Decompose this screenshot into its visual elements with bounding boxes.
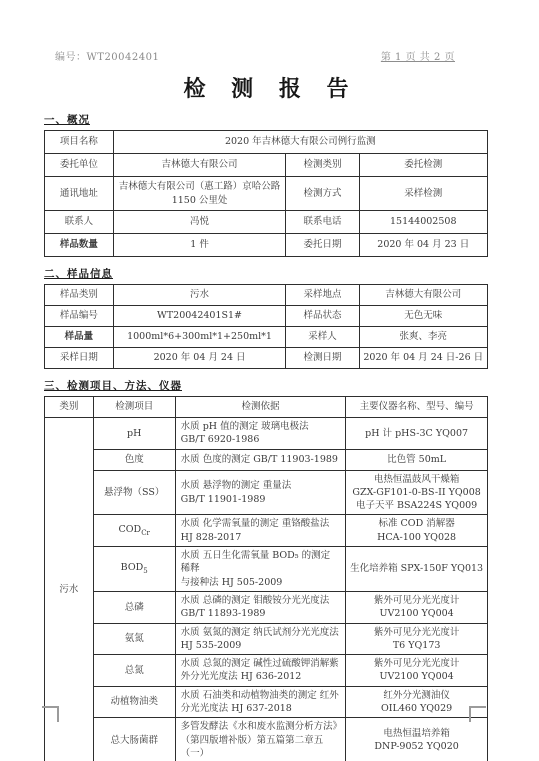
sample-value-state: 无色无味 xyxy=(359,306,487,327)
overview-label-commission-date: 委托日期 xyxy=(286,234,359,257)
report-content: 编号：WT20042401 第 1 页 共 2 页 检 测 报 告 一、概况 项… xyxy=(0,0,539,761)
instrument-chroma: 比色管 50mL xyxy=(346,449,488,470)
overview-label-test-method: 检测方式 xyxy=(286,177,359,211)
instrument-total-nitrogen: 紫外可见分光光度计 UV2100 YQ004 xyxy=(346,655,488,687)
section-heading-overview: 一、概况 xyxy=(44,112,488,127)
instrument-ss: 电热恒温鼓风干燥箱 GZX-GF101-0-BS-II YQ008 电子天平 B… xyxy=(346,470,488,515)
table-row: CODCr 水质 化学需氧量的测定 重铬酸盐法 HJ 828-2017 标准 C… xyxy=(45,515,488,547)
sample-label-id: 样品编号 xyxy=(45,306,114,327)
section-heading-sample-info: 二、样品信息 xyxy=(44,266,488,281)
page-indicator: 第 1 页 共 2 页 xyxy=(381,48,455,63)
table-row: 总大肠菌群 多管发酵法《水和废水监测分析方法》 （第四版增补版）第五篇第二章五（… xyxy=(45,718,488,761)
sample-label-test-date: 检测日期 xyxy=(286,348,359,369)
sample-label-volume: 样品量 xyxy=(45,327,114,348)
item-ss: 悬浮物（SS） xyxy=(93,470,175,515)
table-row: 样品类别 污水 采样地点 吉林德大有限公司 xyxy=(45,285,488,306)
table-row: 悬浮物（SS） 水质 悬浮物的测定 重量法 GB/T 11901-1989 电热… xyxy=(45,470,488,515)
table-row: 氨氮 水质 氨氮的测定 纳氏试剂分光光度法 HJ 535-2009 紫外可见分光… xyxy=(45,623,488,655)
overview-label-phone: 联系电话 xyxy=(286,211,359,234)
sample-value-sampler: 张爽、李亮 xyxy=(359,327,487,348)
table-row: 采样日期 2020 年 04 月 24 日 检测日期 2020 年 04 月 2… xyxy=(45,348,488,369)
item-bod: BOD5 xyxy=(93,547,175,592)
report-title: 检 测 报 告 xyxy=(53,72,488,103)
sample-value-volume: 1000ml*6+300ml*1+250ml*1 xyxy=(113,327,286,348)
overview-value-client: 吉林德大有限公司 xyxy=(113,154,286,177)
basis-total-phosphorus: 水质 总磷的测定 钼酸铵分光光度法 GB/T 11893-1989 xyxy=(175,591,346,623)
table-row: 联系人 冯悦 联系电话 15144002508 xyxy=(45,211,488,234)
overview-value-test-category: 委托检测 xyxy=(359,154,487,177)
test-items-table: 类别 检测项目 检测依据 主要仪器名称、型号、编号 污水 pH 水质 pH 值的… xyxy=(44,396,488,761)
sample-label-state: 样品状态 xyxy=(286,306,359,327)
overview-label-test-category: 检测类别 xyxy=(286,154,359,177)
overview-value-project: 2020 年吉林德大有限公司例行监测 xyxy=(113,131,487,154)
col-header-instrument: 主要仪器名称、型号、编号 xyxy=(346,397,488,418)
table-row: 总氮 水质 总氮的测定 碱性过硫酸钾消解紫 外分光光度法 HJ 636-2012… xyxy=(45,655,488,687)
basis-total-nitrogen: 水质 总氮的测定 碱性过硫酸钾消解紫 外分光光度法 HJ 636-2012 xyxy=(175,655,346,687)
table-row: 样品量 1000ml*6+300ml*1+250ml*1 采样人 张爽、李亮 xyxy=(45,327,488,348)
overview-value-sample-count: 1 件 xyxy=(113,234,286,257)
item-total-phosphorus: 总磷 xyxy=(93,591,175,623)
item-animal-plant-oils: 动植物油类 xyxy=(93,686,175,718)
item-total-nitrogen: 总氮 xyxy=(93,655,175,687)
report-page: 编号：WT20042401 第 1 页 共 2 页 检 测 报 告 一、概况 项… xyxy=(0,0,539,761)
table-header-row: 类别 检测项目 检测依据 主要仪器名称、型号、编号 xyxy=(45,397,488,418)
item-ammonia-nitrogen: 氨氮 xyxy=(93,623,175,655)
instrument-animal-plant-oils: 红外分光测油仪 OIL460 YQ029 xyxy=(346,686,488,718)
overview-value-phone: 15144002508 xyxy=(359,211,487,234)
table-row: BOD5 水质 五日生化需氧量 BOD₅ 的测定 稀释 与接种法 HJ 505-… xyxy=(45,547,488,592)
overview-value-contact: 冯悦 xyxy=(113,211,286,234)
instrument-total-phosphorus: 紫外可见分光光度计 UV2100 YQ004 xyxy=(346,591,488,623)
section-heading-test-items: 三、检测项目、方法、仪器 xyxy=(44,378,488,393)
basis-bod: 水质 五日生化需氧量 BOD₅ 的测定 稀释 与接种法 HJ 505-2009 xyxy=(175,547,346,592)
overview-table: 项目名称 2020 年吉林德大有限公司例行监测 委托单位 吉林德大有限公司 检测… xyxy=(44,130,488,257)
item-cod: CODCr xyxy=(93,515,175,547)
table-row: 样品数量 1 件 委托日期 2020 年 04 月 23 日 xyxy=(45,234,488,257)
report-header: 编号：WT20042401 第 1 页 共 2 页 xyxy=(44,48,488,63)
overview-value-address: 吉林德大有限公司（惠工路）京哈公路 1150 公里处 xyxy=(113,177,286,211)
bottom-right-crop-mark xyxy=(469,706,486,722)
table-row: 样品编号 WT20042401S1# 样品状态 无色无味 xyxy=(45,306,488,327)
overview-label-contact: 联系人 xyxy=(45,211,114,234)
instrument-cod: 标准 COD 消解器 HCA-100 YQ028 xyxy=(346,515,488,547)
basis-cod: 水质 化学需氧量的测定 重铬酸盐法 HJ 828-2017 xyxy=(175,515,346,547)
sample-value-test-date: 2020 年 04 月 24 日-26 日 xyxy=(359,348,487,369)
sample-label-type: 样品类别 xyxy=(45,285,114,306)
sample-value-id: WT20042401S1# xyxy=(113,306,286,327)
overview-label-address: 通讯地址 xyxy=(45,177,114,211)
overview-value-test-method: 采样检测 xyxy=(359,177,487,211)
instrument-ammonia-nitrogen: 紫外可见分光光度计 T6 YQ173 xyxy=(346,623,488,655)
sample-label-sampler: 采样人 xyxy=(286,327,359,348)
table-row: 总磷 水质 总磷的测定 钼酸铵分光光度法 GB/T 11893-1989 紫外可… xyxy=(45,591,488,623)
col-header-basis: 检测依据 xyxy=(175,397,346,418)
overview-label-sample-count: 样品数量 xyxy=(45,234,114,257)
sample-label-sampling-date: 采样日期 xyxy=(45,348,114,369)
instrument-ph: pH 计 pHS-3C YQ007 xyxy=(346,418,488,450)
table-row: 通讯地址 吉林德大有限公司（惠工路）京哈公路 1150 公里处 检测方式 采样检… xyxy=(45,177,488,211)
table-row: 项目名称 2020 年吉林德大有限公司例行监测 xyxy=(45,131,488,154)
sample-value-sampling-date: 2020 年 04 月 24 日 xyxy=(113,348,286,369)
overview-label-project: 项目名称 xyxy=(45,131,114,154)
instrument-total-coliform: 电热恒温培养箱 DNP-9052 YQ020 xyxy=(346,718,488,761)
doc-number: 编号：WT20042401 xyxy=(44,48,159,63)
col-header-category: 类别 xyxy=(45,397,94,418)
basis-ammonia-nitrogen: 水质 氨氮的测定 纳氏试剂分光光度法 HJ 535-2009 xyxy=(175,623,346,655)
sample-label-location: 采样地点 xyxy=(286,285,359,306)
table-row: 污水 pH 水质 pH 值的测定 玻璃电极法 GB/T 6920-1986 pH… xyxy=(45,418,488,450)
basis-total-coliform: 多管发酵法《水和废水监测分析方法》 （第四版增补版）第五篇第二章五（一） xyxy=(175,718,346,761)
basis-ph: 水质 pH 值的测定 玻璃电极法 GB/T 6920-1986 xyxy=(175,418,346,450)
table-row: 色度 水质 色度的测定 GB/T 11903-1989 比色管 50mL xyxy=(45,449,488,470)
basis-ss: 水质 悬浮物的测定 重量法 GB/T 11901-1989 xyxy=(175,470,346,515)
overview-value-commission-date: 2020 年 04 月 23 日 xyxy=(359,234,487,257)
sample-value-location: 吉林德大有限公司 xyxy=(359,285,487,306)
item-chroma: 色度 xyxy=(93,449,175,470)
instrument-bod: 生化培养箱 SPX-150F YQ013 xyxy=(346,547,488,592)
basis-animal-plant-oils: 水质 石油类和动植物油类的测定 红外 分光光度法 HJ 637-2018 xyxy=(175,686,346,718)
sample-info-table: 样品类别 污水 采样地点 吉林德大有限公司 样品编号 WT20042401S1#… xyxy=(44,284,488,369)
table-row: 动植物油类 水质 石油类和动植物油类的测定 红外 分光光度法 HJ 637-20… xyxy=(45,686,488,718)
col-header-item: 检测项目 xyxy=(93,397,175,418)
item-total-coliform: 总大肠菌群 xyxy=(93,718,175,761)
item-ph: pH xyxy=(93,418,175,450)
bottom-left-crop-mark xyxy=(42,706,59,722)
overview-label-client: 委托单位 xyxy=(45,154,114,177)
sample-value-type: 污水 xyxy=(113,285,286,306)
table-row: 委托单位 吉林德大有限公司 检测类别 委托检测 xyxy=(45,154,488,177)
basis-chroma: 水质 色度的测定 GB/T 11903-1989 xyxy=(175,449,346,470)
